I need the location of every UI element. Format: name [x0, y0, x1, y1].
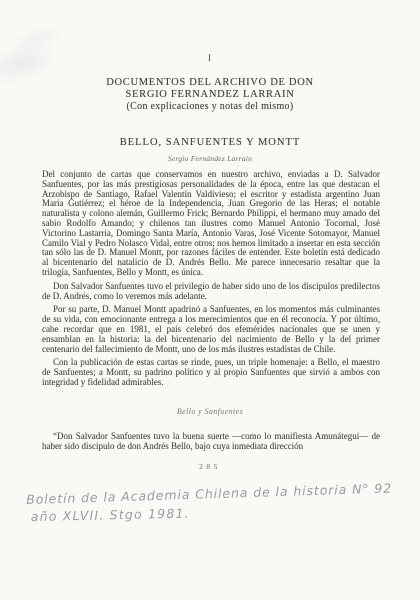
document-title: DOCUMENTOS DEL ARCHIVO DE DON SERGIO FER… — [0, 77, 420, 113]
body-paragraph-2: Don Salvador Sanfuentes tuvo el privileg… — [42, 282, 380, 302]
article-heading: BELLO, SANFUENTES Y MONTT — [0, 137, 420, 148]
page-number: 285 — [0, 462, 420, 471]
scanned-document-page: I DOCUMENTOS DEL ARCHIVO DE DON SERGIO F… — [0, 0, 420, 600]
handwritten-note-line2: año XLVII. Stgo 1981. — [31, 500, 420, 524]
subsection-heading: Bello y Sanfuentes — [0, 407, 420, 416]
handwritten-note-line1: Boletín de la Academia Chilena de la his… — [26, 479, 420, 507]
article-body: Del conjunto de cartas que conservamos e… — [42, 170, 380, 388]
body-paragraph-4: Con la publicación de estas cartas se ri… — [42, 358, 380, 387]
document-title-line1: DOCUMENTOS DEL ARCHIVO DE DON — [0, 77, 420, 89]
body-paragraph-1: Del conjunto de cartas que conservamos e… — [42, 170, 380, 278]
body-paragraph-3: Por su parte, D. Manuel Montt apadrinó a… — [42, 305, 380, 354]
handwritten-annotation: Boletín de la Academia Chilena de la his… — [26, 479, 420, 526]
quote-paragraph: “Don Salvador Sanfuentes tuvo la buena s… — [42, 431, 380, 451]
section-number: I — [0, 54, 420, 64]
author-byline: Sergio Fernández Larraín — [0, 154, 420, 163]
document-subtitle: (Con explicaciones y notas del mismo) — [0, 101, 420, 113]
document-title-line2: SERGIO FERNANDEZ LARRAIN — [0, 89, 420, 101]
